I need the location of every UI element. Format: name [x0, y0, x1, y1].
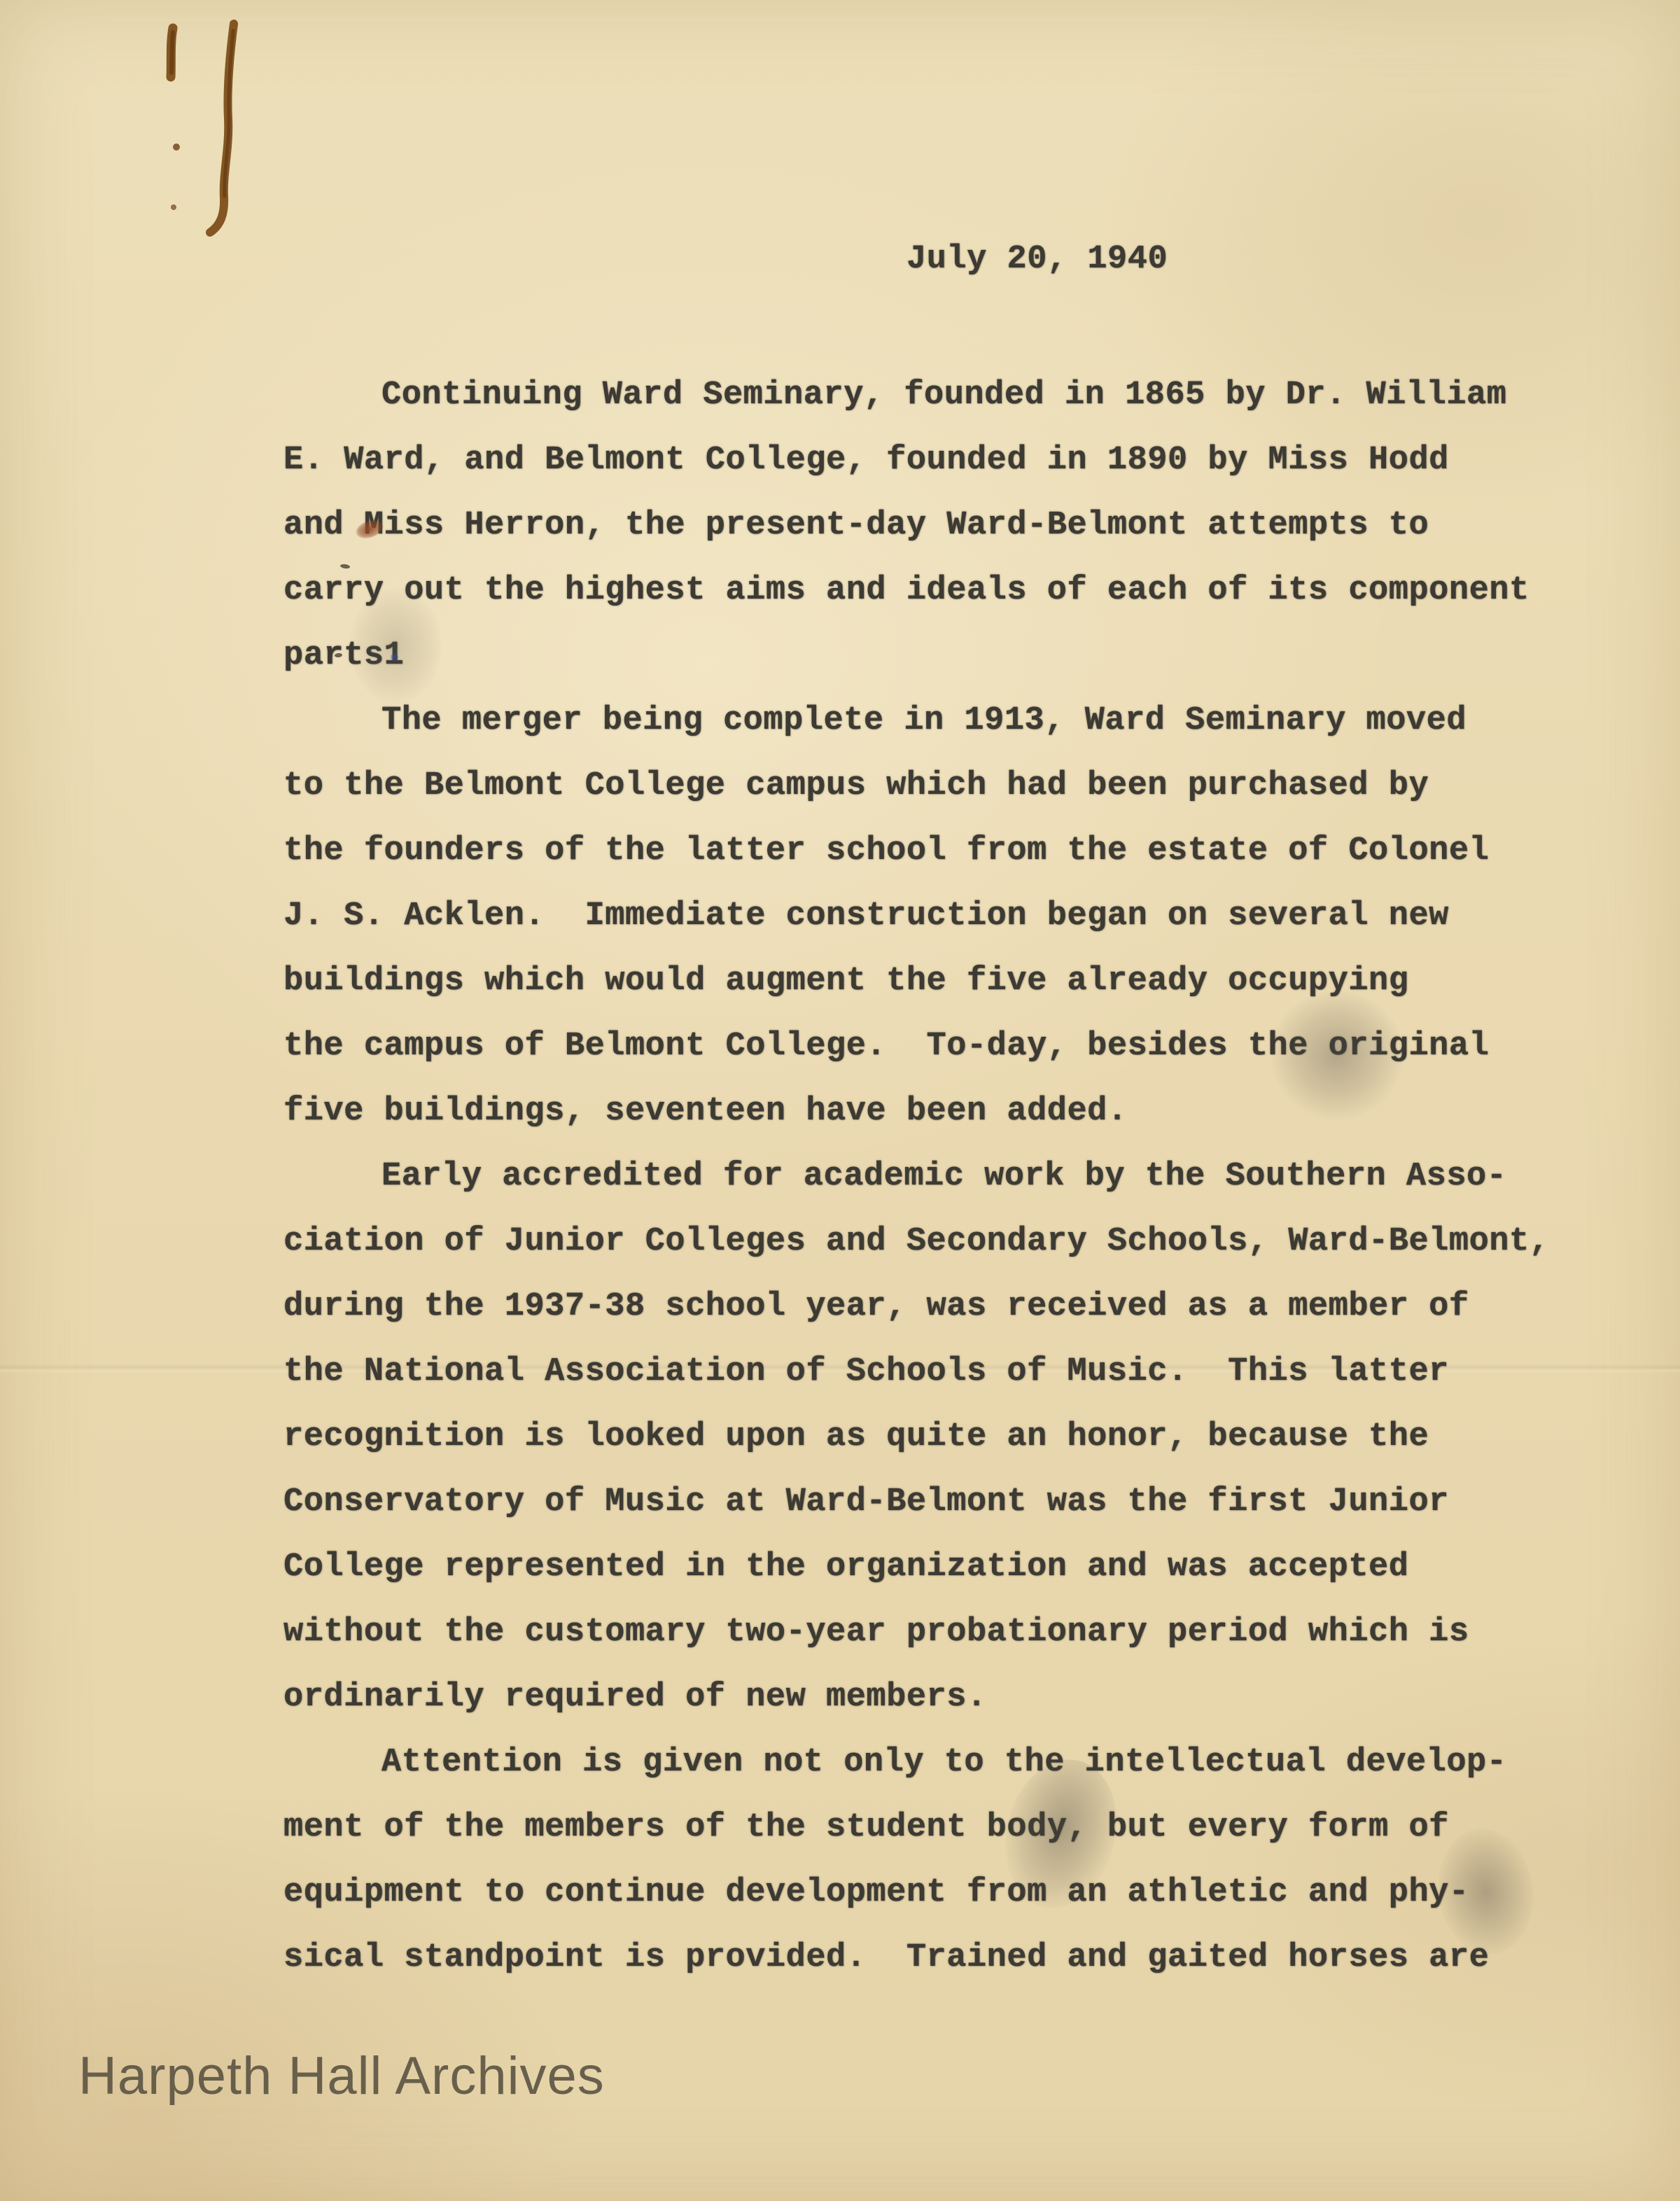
typewritten-body: Continuing Ward Seminary, founded in 186… [283, 363, 1549, 1990]
document-line: equipment to continue development from a… [283, 1860, 1549, 1925]
document-line: Attention is given not only to the intel… [283, 1730, 1549, 1795]
document-page: July 20, 1940 Continuing Ward Seminary, … [0, 0, 1680, 2201]
document-line: J. S. Acklen. Immediate construction beg… [283, 883, 1549, 949]
document-line: five buildings, seventeen have been adde… [283, 1079, 1549, 1144]
document-line: ment of the members of the student body,… [283, 1795, 1549, 1860]
document-line: E. Ward, and Belmont College, founded in… [283, 428, 1549, 493]
document-line: the founders of the latter school from t… [283, 818, 1549, 883]
document-line: the National Association of Schools of M… [283, 1339, 1549, 1404]
date-line: July 20, 1940 [906, 227, 1168, 292]
document-line: ordinarily required of new members. [283, 1665, 1549, 1730]
document-line: recognition is looked upon as quite an h… [283, 1404, 1549, 1469]
document-line: the campus of Belmont College. To-day, b… [283, 1014, 1549, 1079]
document-line: Conservatory of Music at Ward-Belmont wa… [283, 1469, 1549, 1535]
document-line: Early accredited for academic work by th… [283, 1144, 1549, 1209]
document-line: carry out the highest aims and ideals of… [283, 558, 1549, 623]
blue-ink-dot [391, 653, 398, 661]
document-line: and Miss Herron, the present-day Ward-Be… [283, 493, 1549, 558]
document-line: sical standpoint is provided. Trained an… [283, 1925, 1549, 1990]
document-line: during the 1937-38 school year, was rece… [283, 1274, 1549, 1339]
document-line: parts1 [283, 623, 1549, 688]
document-line: without the customary two-year probation… [283, 1600, 1549, 1665]
document-line: The merger being complete in 1913, Ward … [283, 688, 1549, 753]
document-line: College represented in the organization … [283, 1535, 1549, 1600]
document-line: to the Belmont College campus which had … [283, 753, 1549, 818]
document-line: Continuing Ward Seminary, founded in 186… [283, 363, 1549, 428]
document-line: buildings which would augment the five a… [283, 949, 1549, 1014]
archive-watermark: Harpeth Hall Archives [78, 2046, 605, 2106]
document-line: ciation of Junior Colleges and Secondary… [283, 1209, 1549, 1274]
